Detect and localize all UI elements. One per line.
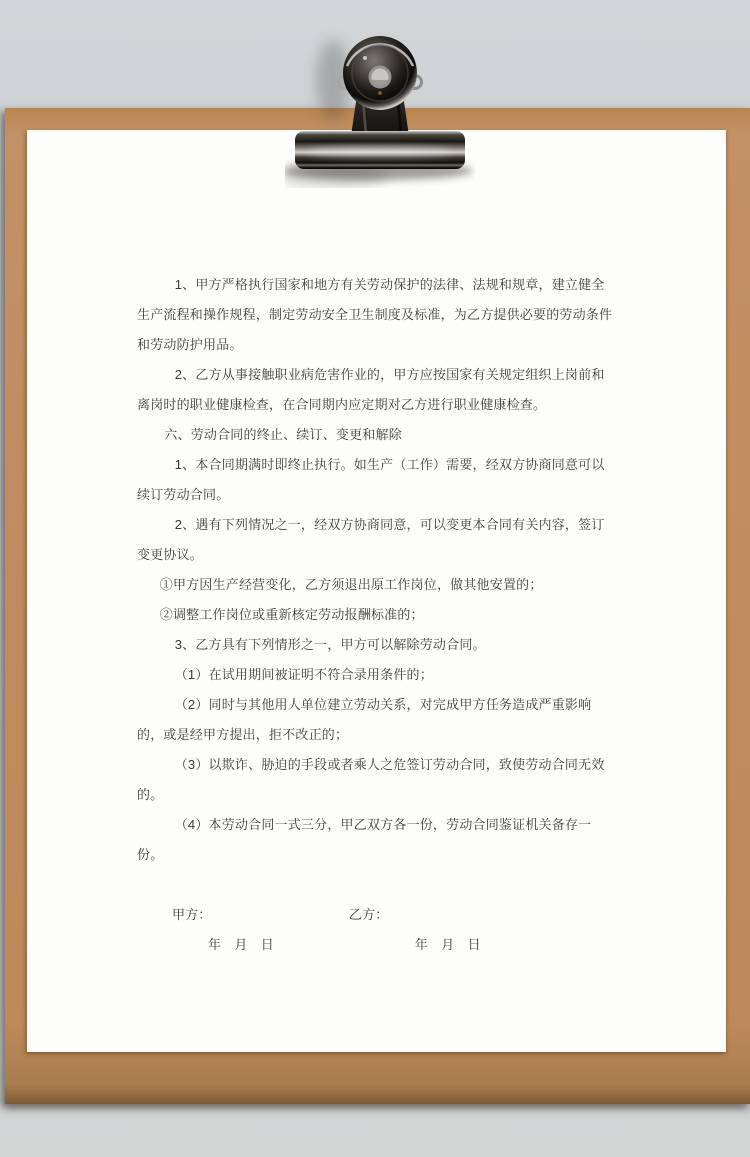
- signature-row: 甲方： 乙方：: [137, 900, 615, 930]
- party-a-date-line: 年 月 日: [208, 930, 411, 960]
- contract-paragraph: （3）以欺诈、胁迫的手段或者乘人之危签订劳动合同，致使劳动合同无效的。: [137, 750, 615, 810]
- clip-bar-specular: [308, 147, 452, 157]
- contract-paragraph: 1、甲方严格执行国家和地方有关劳动保护的法律、法规和规章，建立健全生产流程和操作…: [137, 270, 615, 360]
- contract-paper: 1、甲方严格执行国家和地方有关劳动保护的法律、法规和规章，建立健全生产流程和操作…: [27, 130, 726, 1052]
- party-a-label: 甲方：: [172, 900, 345, 930]
- contract-paragraph: 3、乙方具有下列情形之一，甲方可以解除劳动合同。: [137, 630, 615, 660]
- signature-block: 甲方： 乙方： 年 月 日 年 月 日: [27, 900, 726, 960]
- contract-paragraph: 1、本合同期满时即终止执行。如生产（工作）需要，经双方协商同意可以续订劳动合同。: [137, 450, 615, 510]
- contract-paragraph: 2、遇有下列情况之一，经双方协商同意，可以变更本合同有关内容，签订变更协议。: [137, 510, 615, 570]
- contract-paragraph: ②调整工作岗位或重新核定劳动报酬标准的；: [137, 600, 615, 630]
- party-b-date-line: 年 月 日: [415, 930, 481, 960]
- date-row: 年 月 日 年 月 日: [137, 930, 615, 960]
- contract-paragraph: （4）本劳动合同一式三分，甲乙双方各一份，劳动合同鉴证机关备存一份。: [137, 810, 615, 870]
- contract-paragraph: 六、劳动合同的终止、续订、变更和解除: [137, 420, 615, 450]
- contract-paragraph: 2、乙方从事接触职业病危害作业的，甲方应按国家有关规定组织上岗前和离岗时的职业健…: [137, 360, 615, 420]
- clip-knob-screw-glint: [363, 56, 367, 60]
- contract-paragraph: （2）同时与其他用人单位建立劳动关系，对完成甲方任务造成严重影响的，或是经甲方提…: [137, 690, 615, 750]
- contract-paragraph: （1）在试用期间被证明不符合录用条件的；: [137, 660, 615, 690]
- contract-paragraphs: 1、甲方严格执行国家和地方有关劳动保护的法律、法规和规章，建立健全生产流程和操作…: [27, 130, 726, 870]
- clipboard-board: 1、甲方严格执行国家和地方有关劳动保护的法律、法规和规章，建立健全生产流程和操作…: [5, 108, 750, 1104]
- clip-rust-fleck: [378, 91, 382, 95]
- binder-clip: [285, 18, 475, 188]
- contract-paragraph: ①甲方因生产经营变化，乙方须退出原工作岗位，做其他安置的；: [137, 570, 615, 600]
- photo-scene: 1、甲方严格执行国家和地方有关劳动保护的法律、法规和规章，建立健全生产流程和操作…: [0, 0, 750, 1157]
- party-b-label: 乙方：: [349, 900, 389, 930]
